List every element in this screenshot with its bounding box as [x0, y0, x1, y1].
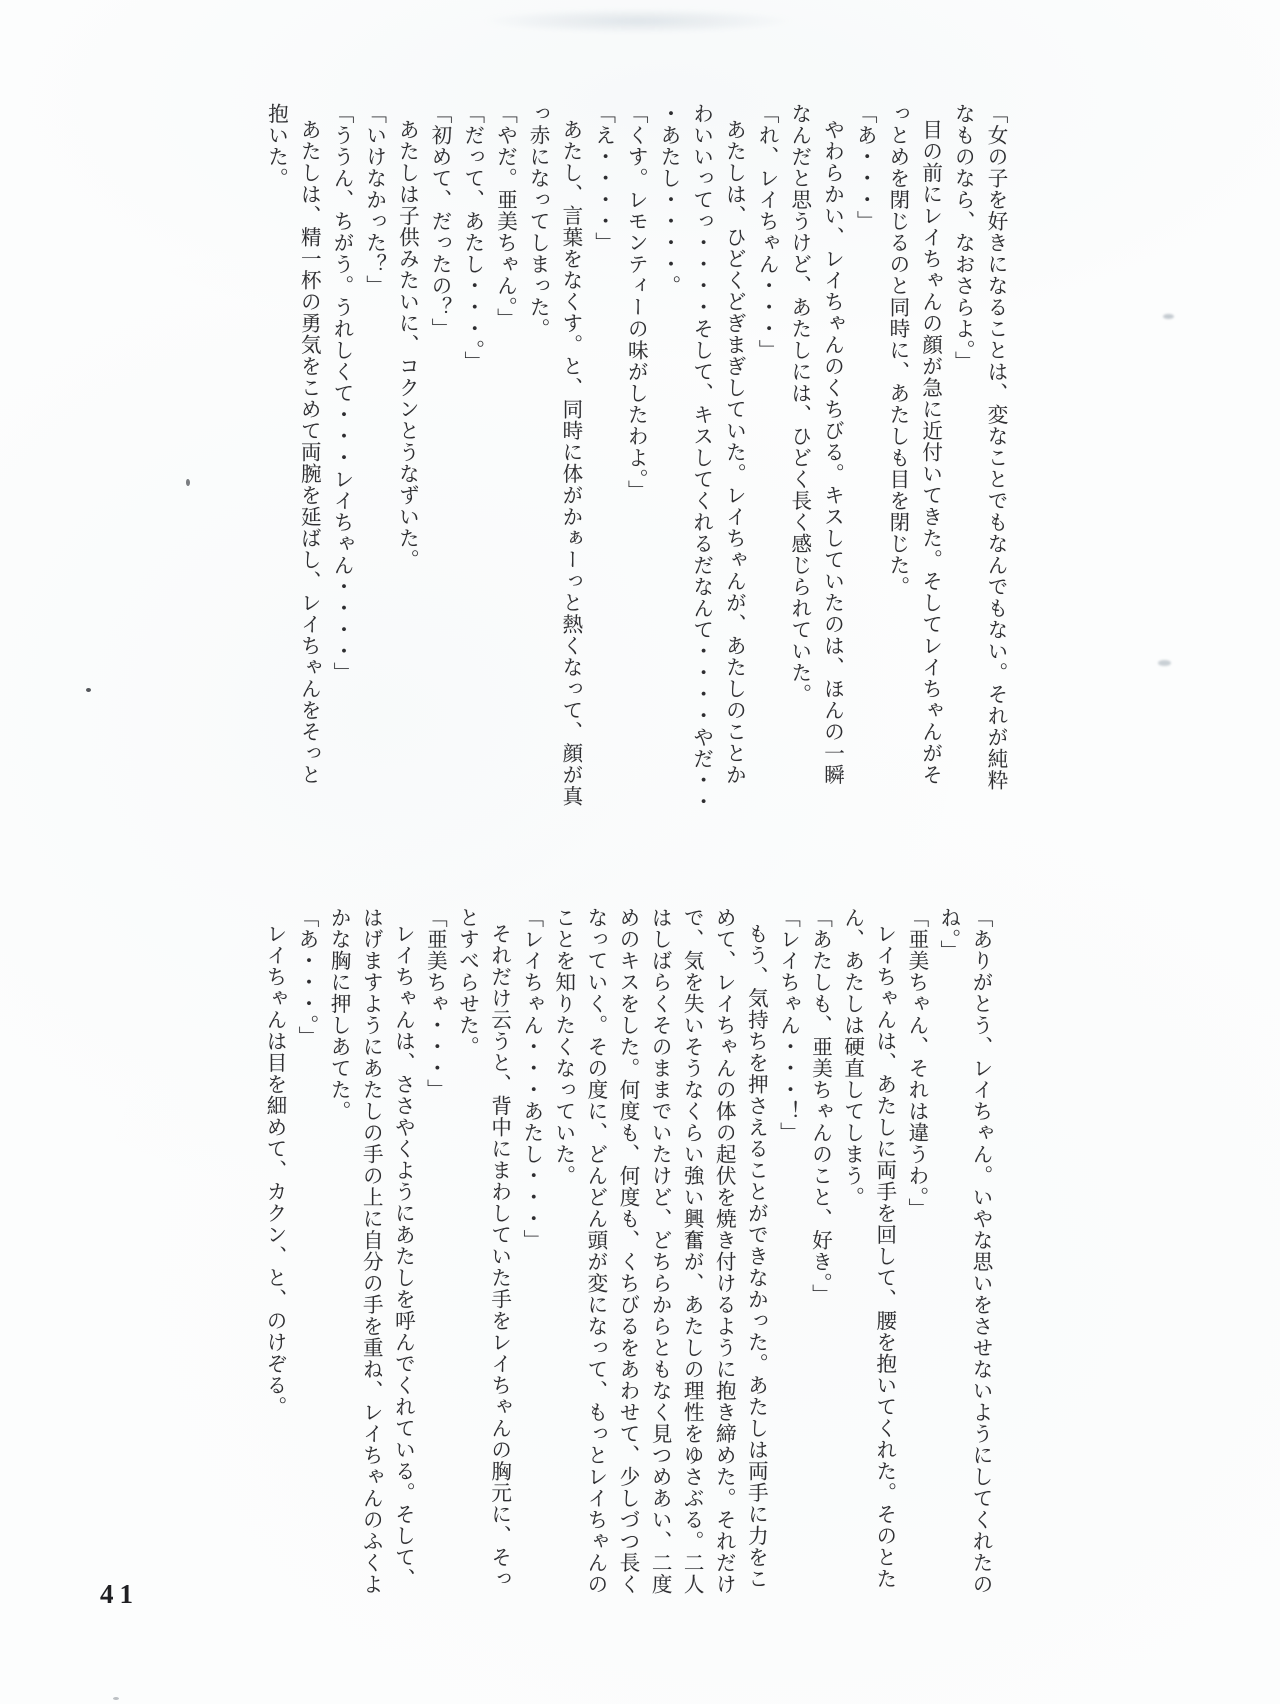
text-column: かな胸に押しあてた。 [322, 907, 354, 1659]
text-column: 「いけなかった？」 [357, 103, 390, 855]
text-column: それだけ云うと、背中にまわしていた手をレイちゃんの胸元に、そっ [483, 907, 515, 1659]
text-column: ね。」 [932, 907, 964, 1659]
text-column: あたしは、精一杯の勇気をこめて両腕を延ばし、レイちゃんをそっと [292, 103, 325, 855]
scan-speck [1158, 660, 1171, 666]
text-column: 「亜美ちゃん、それは違うわ。」 [900, 907, 932, 1659]
text-column: 「ううん、ちがう。うれしくて・・・レイちゃん・・・・」 [324, 103, 357, 855]
text-column: 「女の子を好きになることは、変なことでもなんでもない。それが純粋 [978, 103, 1011, 855]
page-number: 41 [100, 1579, 139, 1610]
text-column: ん、あたしは硬直してしまう。 [836, 907, 868, 1659]
scanned-page: 「女の子を好きになることは、変なことでもなんでもない。それが純粋なものなら、なお… [0, 0, 1280, 1704]
text-column: レイちゃんは目を細めて、カクン、と、のけぞる。 [258, 907, 290, 1659]
scan-speck [1163, 314, 1174, 319]
scan-showthrough-smudge [438, 5, 838, 37]
text-column: もう、気持ちを押さえることができなかった。あたしは両手に力をこ [739, 907, 771, 1659]
story-text-block-lower: 「ありがとう、レイちゃん。いやな思いをさせないようにしてくれたのね。」「亜美ちゃ… [258, 907, 996, 1659]
text-column: とすべらせた。 [450, 907, 482, 1659]
text-column: はしばらくそのままでいたけど、どちらからともなく見つめあい、二度 [643, 907, 675, 1659]
text-column: めて、レイちゃんの体の起伏を焼き付けるように抱き締めた。それだけ [707, 907, 739, 1659]
scan-speck [186, 479, 190, 486]
text-column: で、気を失いそうなくらい強い興奮が、あたしの理性をゆさぶる。二人 [675, 907, 707, 1659]
text-column: ・あたし・・・・。 [651, 103, 684, 855]
text-column: 目の前にレイちゃんの顔が急に近付いてきた。そしてレイちゃんがそ [913, 103, 946, 855]
text-column: 「レイちゃん・・・あたし・・・」 [515, 907, 547, 1659]
text-column: 「え・・・・」 [586, 103, 619, 855]
text-column: 「初めて、だったの？」 [422, 103, 455, 855]
text-column: めのキスをした。何度も、何度も、くちびるをあわせて、少しづつ長く [611, 907, 643, 1659]
text-column: レイちゃんは、ささやくようにあたしを呼んでくれている。そして、 [386, 907, 418, 1659]
text-column: 「あ・・・」 [847, 103, 880, 855]
text-column: なんだと思うけど、あたしには、ひどく長く感じられていた。 [782, 103, 815, 855]
text-column: 「やだ。亜美ちゃん。」 [488, 103, 521, 855]
text-column: レイちゃんは、あたしに両手を回して、腰を抱いてくれた。そのとた [868, 907, 900, 1659]
scan-speck [113, 1697, 119, 1700]
text-column: 「ありがとう、レイちゃん。いやな思いをさせないようにしてくれたの [964, 907, 996, 1659]
text-column: なっていく。その度に、どんどん頭が変になって、もっとレイちゃんの [579, 907, 611, 1659]
text-column: ことを知りたくなっていた。 [547, 907, 579, 1659]
text-column: っ赤になってしまった。 [520, 103, 553, 855]
text-column: やわらかい、レイちゃんのくちびる。キスしていたのは、ほんの一瞬 [815, 103, 848, 855]
text-column: 「あたしも、亜美ちゃんのこと、好き。」 [803, 907, 835, 1659]
story-text-block-upper: 「女の子を好きになることは、変なことでもなんでもない。それが純粋なものなら、なお… [259, 103, 1011, 855]
scan-speck [86, 688, 91, 692]
text-column: あたしは子供みたいに、コクンとうなずいた。 [390, 103, 423, 855]
text-column: 「だって、あたし・・・。」 [455, 103, 488, 855]
text-column: 「れ、レイちゃん・・・」 [749, 103, 782, 855]
text-column: はげますようにあたしの手の上に自分の手を重ね、レイちゃんのふくよ [354, 907, 386, 1659]
text-column: あたし、言葉をなくす。と、同時に体がかぁーっと熱くなって、顔が真 [553, 103, 586, 855]
text-column: っとめを閉じるのと同時に、あたしも目を閉じた。 [880, 103, 913, 855]
text-column: あたしは、ひどくどぎまぎしていた。レイちゃんが、あたしのことか [717, 103, 750, 855]
text-column: わいいってっ・・・・そして、キスしてくれるだなんて・・・・やだ・・ [684, 103, 717, 855]
text-column: 「あ・・・。」 [290, 907, 322, 1659]
text-column: 「亜美ちゃ・・・」 [418, 907, 450, 1659]
text-column: なものなら、なおさらよ。」 [946, 103, 979, 855]
text-column: 抱いた。 [259, 103, 292, 855]
text-column: 「くす。レモンティーの味がしたわよ。」 [619, 103, 652, 855]
text-column: 「レイちゃん・・・！」 [771, 907, 803, 1659]
